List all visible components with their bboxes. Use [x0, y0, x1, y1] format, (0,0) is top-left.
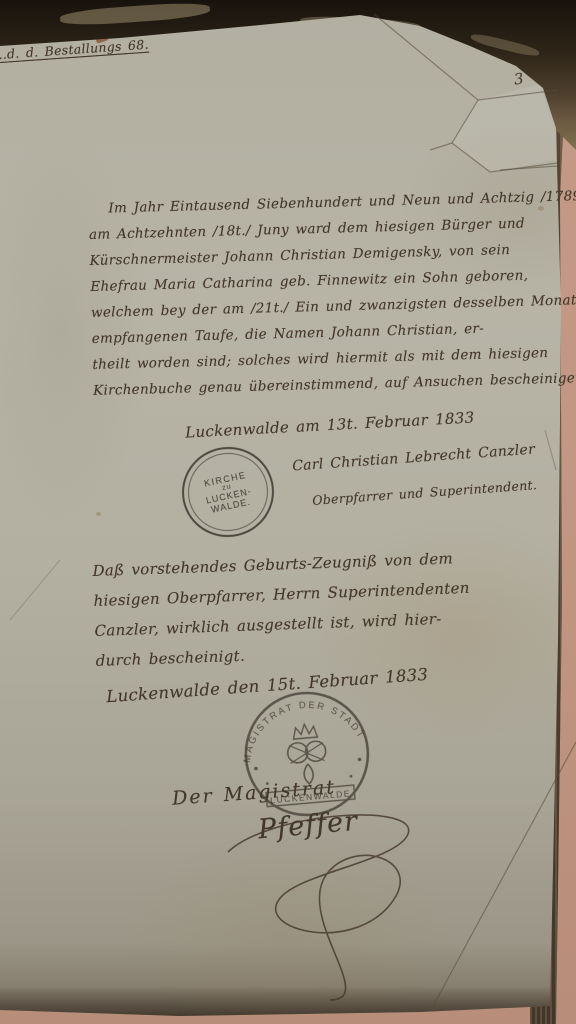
church-seal-text: LUCKEN- — [205, 486, 253, 505]
church-seal-text: KIRCHE — [203, 469, 247, 488]
church-seal-text: zu — [222, 483, 233, 492]
bottom-edge-shadow — [0, 986, 576, 1024]
paper-sheet — [0, 0, 576, 1024]
page-number: 3 — [513, 69, 525, 88]
attestation-paragraph: Daß vorstehendes Geburts-Zeugniß von dem… — [92, 543, 472, 676]
church-seal-text: WALDE. — [210, 496, 251, 514]
crumple-highlight — [60, 1, 211, 27]
corner-fold — [452, 84, 558, 176]
foxing-spot — [330, 868, 336, 873]
birth-record-paragraph: Im Jahr Eintausend Siebenhundert und Neu… — [88, 183, 576, 404]
foxing-spot — [96, 512, 101, 516]
magistrate-seal: MAGISTRAT DER STADT LUCKENWALDE — [226, 682, 387, 830]
document-photo: …d. d. Bestallungs 68. 3 Im Jahr Eintaus… — [0, 0, 576, 1024]
